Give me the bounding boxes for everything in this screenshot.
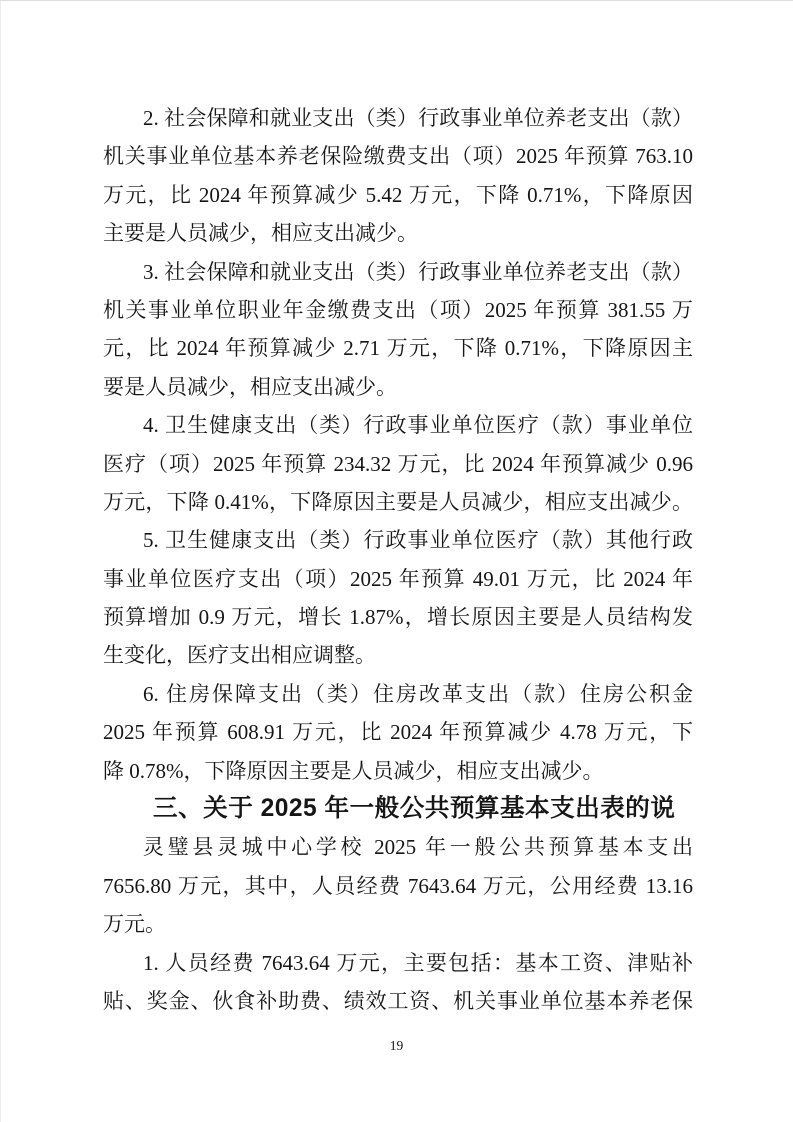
section-heading-basic-expenditure: 三、关于 2025 年一般公共预算基本支出表的说明	[103, 790, 693, 828]
paragraph-line: 要是人员减少，相应支出减少。	[103, 368, 693, 406]
paragraph-line: 2. 社会保障和就业支出（类）行政事业单位养老支出（款）	[103, 99, 693, 137]
para-item1-personnel-expense: 1. 人员经费 7643.64 万元，主要包括：基本工资、津贴补贴、奖金、伙食补…	[103, 944, 693, 1021]
para-item4-medical: 4. 卫生健康支出（类）行政事业单位医疗（款）事业单位医疗（项）2025 年预算…	[103, 406, 693, 521]
para-item5-other-medical: 5. 卫生健康支出（类）行政事业单位医疗（款）其他行政事业单位医疗支出（项）20…	[103, 521, 693, 675]
para-item3-annuity: 3. 社会保障和就业支出（类）行政事业单位养老支出（款）机关事业单位职业年金缴费…	[103, 253, 693, 407]
paragraph-line: 生变化，医疗支出相应调整。	[103, 636, 693, 674]
paragraph-line: 贴、奖金、伙食补助费、绩效工资、机关事业单位基本养老保	[103, 982, 693, 1020]
page-number: 19	[0, 1036, 793, 1056]
paragraph-line: 灵璧县灵城中心学校 2025 年一般公共预算基本支出	[103, 828, 693, 866]
heading-line: 三、关于 2025 年一般公共预算基本支出表的说明	[103, 790, 693, 828]
paragraph-line: 万元，比 2024 年预算减少 5.42 万元，下降 0.71%，下降原因	[103, 176, 693, 214]
paragraph-line: 降 0.78%，下降原因主要是人员减少，相应支出减少。	[103, 752, 693, 790]
paragraph-line: 事业单位医疗支出（项）2025 年预算 49.01 万元，比 2024 年	[103, 560, 693, 598]
document-page: 2. 社会保障和就业支出（类）行政事业单位养老支出（款）机关事业单位基本养老保险…	[0, 0, 793, 1122]
paragraph-line: 元，比 2024 年预算减少 2.71 万元，下降 0.71%，下降原因主	[103, 329, 693, 367]
paragraph-line: 机关事业单位职业年金缴费支出（项）2025 年预算 381.55 万	[103, 291, 693, 329]
paragraph-line: 1. 人员经费 7643.64 万元，主要包括：基本工资、津贴补	[103, 944, 693, 982]
para-item2-pension-basic: 2. 社会保障和就业支出（类）行政事业单位养老支出（款）机关事业单位基本养老保险…	[103, 99, 693, 253]
para-item6-housing-fund: 6. 住房保障支出（类）住房改革支出（款）住房公积金（项）2025 年预算 60…	[103, 675, 693, 790]
paragraph-line: 3. 社会保障和就业支出（类）行政事业单位养老支出（款）	[103, 253, 693, 291]
document-content: 2. 社会保障和就业支出（类）行政事业单位养老支出（款）机关事业单位基本养老保险…	[103, 99, 693, 1020]
paragraph-line: 万元。	[103, 905, 693, 943]
paragraph-line: 预算增加 0.9 万元，增长 1.87%，增长原因主要是人员结构发	[103, 598, 693, 636]
paragraph-line: 5. 卫生健康支出（类）行政事业单位医疗（款）其他行政	[103, 521, 693, 559]
paragraph-line: 万元，下降 0.41%，下降原因主要是人员减少，相应支出减少。	[103, 483, 693, 521]
paragraph-line: 主要是人员减少，相应支出减少。	[103, 214, 693, 252]
para-school-basic-expenditure: 灵璧县灵城中心学校 2025 年一般公共预算基本支出7656.80 万元，其中，…	[103, 828, 693, 943]
paragraph-line: 4. 卫生健康支出（类）行政事业单位医疗（款）事业单位	[103, 406, 693, 444]
paragraph-line: 6. 住房保障支出（类）住房改革支出（款）住房公积金（项）	[103, 675, 693, 713]
paragraph-line: 2025 年预算 608.91 万元，比 2024 年预算减少 4.78 万元，…	[103, 713, 693, 751]
paragraph-line: 医疗（项）2025 年预算 234.32 万元，比 2024 年预算减少 0.9…	[103, 445, 693, 483]
paragraph-line: 机关事业单位基本养老保险缴费支出（项）2025 年预算 763.10	[103, 137, 693, 175]
paragraph-line: 7656.80 万元，其中，人员经费 7643.64 万元，公用经费 13.16	[103, 867, 693, 905]
